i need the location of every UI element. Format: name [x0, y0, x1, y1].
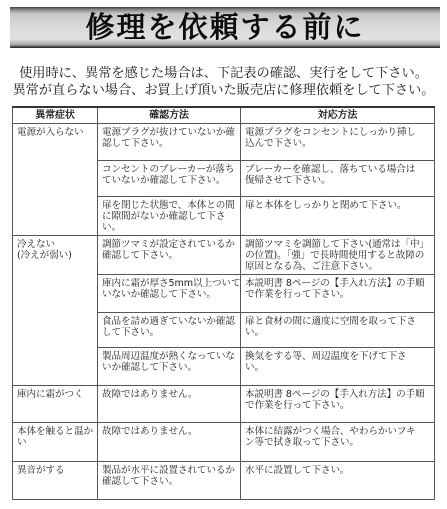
manual-page: 修理を依頼する前に 使用時に、異常を感じた場合は、下記表の確認、実行をして下さい…: [0, 0, 447, 509]
action-cell: 本説明書 8ページの【手入れ方法】の手順 で作業を行って下さい。: [241, 275, 435, 313]
table-row: 電源が入らない 電源プラグが抜けていないか確 認して下さい。 電源プラグをコンセ…: [13, 124, 435, 161]
action-cell: 本説明書 8ページの【手入れ方法】の手順 で作業を行って下さい。: [241, 386, 435, 423]
table-row: 異音がする 製品が水平に設置されているか 確認して下さい。 水平に設置して下さい…: [13, 462, 435, 500]
check-cell: コンセントのブレーカーが落ち ていないか確認して下さい。: [98, 161, 241, 197]
symptom-cell-frost: 庫内に霜がつく: [13, 386, 98, 423]
action-cell: 調節ツマミを調節して下さい(通常は「中」 の位置)。「強」で長時間使用すると故障…: [241, 236, 435, 275]
title-banner: 修理を依頼する前に: [10, 7, 440, 48]
action-cell: 電源プラグをコンセントにしっかり挿し 込んで下さい。: [241, 124, 435, 161]
check-cell: 食品を詰め過ぎていないか確認 して下さい。: [98, 313, 241, 348]
page-title: 修理を依頼する前に: [85, 13, 364, 42]
check-cell: 調節ツマミが設定されているか 確認して下さい。: [98, 236, 241, 275]
troubleshooting-table: 異常症状 確認方法 対応方法 電源が入らない 電源プラグが抜けていないか確 認し…: [12, 106, 435, 500]
action-cell: 扉と食材の間に適度に空間を取って下さ い。: [241, 313, 435, 348]
action-cell: 水平に設置して下さい。: [241, 462, 435, 500]
check-cell: 庫内に霜が厚さ5mm以上ついて いないか確認して下さい。: [98, 275, 241, 313]
check-cell: 故障ではありません。: [98, 423, 241, 462]
column-header-action: 対応方法: [241, 108, 435, 124]
column-header-check: 確認方法: [98, 108, 241, 124]
check-cell: 電源プラグが抜けていないか確 認して下さい。: [98, 124, 241, 161]
check-cell: 扉を閉じた状態で、本体との間 に隙間がないか確認して下さ い。: [98, 197, 241, 236]
table-row: 庫内に霜がつく 故障ではありません。 本説明書 8ページの【手入れ方法】の手順 …: [13, 386, 435, 423]
intro-text: 使用時に、異常を感じた場合は、下記表の確認、実行をして下さい。 異常が直らない場…: [0, 65, 447, 99]
symptom-cell-not-cooling: 冷えない (冷えが弱い): [13, 236, 98, 386]
check-cell: 製品周辺温度が熱くなっていな いか確認して下さい。: [98, 348, 241, 386]
symptom-cell-warm-body: 本体を触ると温か い: [13, 423, 98, 462]
action-cell: 本体に結露がつく場合、やわらかいフキ ン等で拭き取って下さい。: [241, 423, 435, 462]
action-cell: ブレーカーを確認し、落ちている場合は 復帰させて下さい。: [241, 161, 435, 197]
table-row: 本体を触ると温か い 故障ではありません。 本体に結露がつく場合、やわらかいフキ…: [13, 423, 435, 462]
check-cell: 製品が水平に設置されているか 確認して下さい。: [98, 462, 241, 500]
table-row: 冷えない (冷えが弱い) 調節ツマミが設定されているか 確認して下さい。 調節ツ…: [13, 236, 435, 275]
column-header-symptom: 異常症状: [13, 108, 98, 124]
check-cell: 故障ではありません。: [98, 386, 241, 423]
symptom-cell-noise: 異音がする: [13, 462, 98, 500]
symptom-cell-power: 電源が入らない: [13, 124, 98, 236]
action-cell: 換気をする等、周辺温度を下げて下さ い。: [241, 348, 435, 386]
action-cell: 扉と本体をしっかりと閉めて下さい。: [241, 197, 435, 236]
table-header-row: 異常症状 確認方法 対応方法: [13, 108, 435, 124]
